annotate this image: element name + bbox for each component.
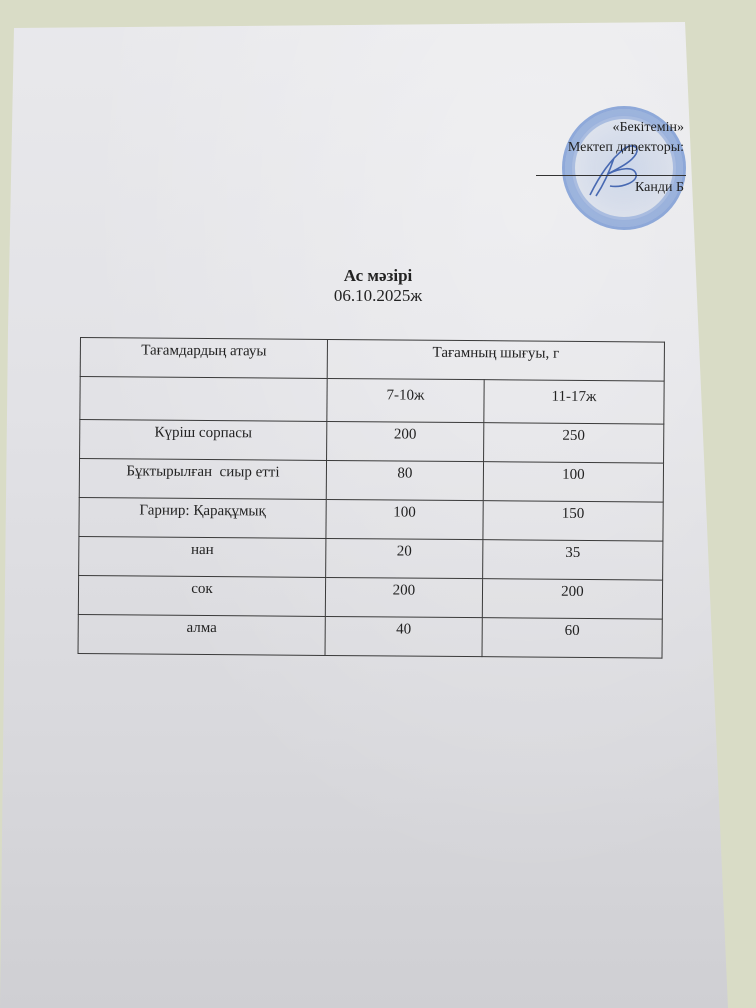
portion-11-17: 35 [482, 540, 662, 580]
portion-11-17: 150 [483, 501, 663, 541]
table-row: сок 200 200 [78, 575, 662, 619]
menu-table: Тағамдардың атауы Тағамның шығуы, г 7-10… [78, 337, 665, 659]
portion-7-10: 200 [325, 577, 482, 617]
document-header: Ас мәзірі 06.10.2025ж [0, 266, 756, 306]
subheader-empty [80, 377, 327, 422]
approval-heading: «Бекітемін» [536, 118, 686, 138]
portion-11-17: 60 [482, 618, 662, 658]
table-subheader-row: 7-10ж 11-17ж [80, 377, 664, 425]
dish-name: Күріш сорпасы [80, 420, 327, 461]
portion-11-17: 100 [483, 462, 663, 502]
signature-line [536, 158, 686, 178]
portion-11-17: 250 [483, 423, 663, 463]
table-row: Бұктырылған сиыр етті 80 100 [79, 459, 663, 503]
dish-name: Бұктырылған сиыр етті [79, 459, 326, 500]
dish-name: Гарнир: Қарақұмық [79, 497, 326, 538]
table-row: Гарнир: Қарақұмық 100 150 [79, 497, 663, 541]
portion-7-10: 200 [327, 421, 484, 461]
portion-7-10: 100 [326, 499, 483, 539]
table-row: алма 40 60 [78, 614, 662, 658]
document-date: 06.10.2025ж [0, 286, 756, 306]
table-row: нан 20 35 [79, 536, 663, 580]
approval-signer: Канди Б [536, 178, 686, 198]
approval-role: Мектеп директоры: [536, 138, 684, 158]
portion-11-17: 200 [482, 579, 662, 619]
header-dish-name: Тағамдардың атауы [80, 338, 327, 379]
portion-7-10: 80 [326, 460, 483, 500]
header-age-11-17: 11-17ж [484, 380, 664, 424]
approval-block: «Бекітемін» Мектеп директоры: Канди Б [536, 118, 686, 198]
dish-name: нан [79, 536, 326, 577]
dish-name: алма [78, 614, 325, 655]
header-output: Тағамның шығуы, г [327, 339, 664, 381]
document-title: Ас мәзірі [0, 266, 756, 286]
table-row: Күріш сорпасы 200 250 [80, 420, 664, 464]
header-age-7-10: 7-10ж [327, 378, 484, 422]
portion-7-10: 40 [325, 616, 482, 656]
table-header-row: Тағамдардың атауы Тағамның шығуы, г [80, 338, 664, 382]
portion-7-10: 20 [326, 538, 483, 578]
dish-name: сок [78, 575, 325, 616]
